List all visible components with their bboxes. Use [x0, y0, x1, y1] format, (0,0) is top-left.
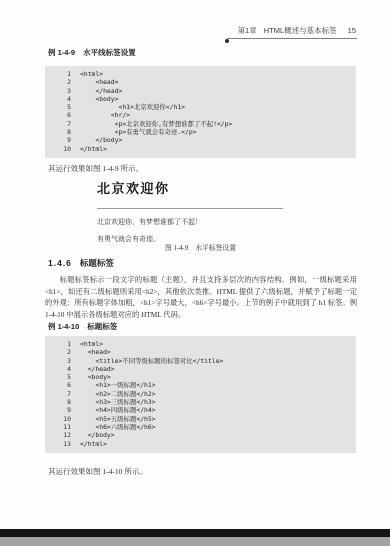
line-number: 3	[55, 87, 71, 95]
code-line: 1<html>	[55, 340, 350, 348]
chapter-label: 第1章	[238, 26, 257, 35]
code-text: <p>有勇气就会有奇迹.</p>	[80, 128, 197, 136]
code-listing-1: 1<html>2 <head>3 </head>4 <body>5 <h1>北京…	[45, 66, 356, 158]
example-2-label: 例 1-4-10	[48, 322, 79, 331]
code-text: <head>	[80, 348, 111, 356]
rendered-output-demo: 北京欢迎你 北京欢迎你，有梦想谁都了不起！ 有勇气就会有奇迹。	[97, 178, 283, 244]
code-text: <h4>四级标题</h4>	[80, 406, 156, 414]
code-line: 3 </head>	[55, 87, 350, 95]
figure-caption-1-label: 图 1-4-9	[165, 245, 188, 252]
code-text: </head>	[80, 365, 115, 373]
line-number: 4	[55, 95, 71, 103]
code-text: </head>	[80, 87, 122, 95]
header-dot-icon	[225, 39, 229, 43]
code-line: 13</html>	[55, 440, 350, 448]
run-effect-text-1: 其运行效果如图 1-4-9 所示。	[48, 163, 143, 174]
code-text: </html>	[80, 145, 107, 153]
page-header: 第1章HTML概述与基本标签15	[238, 25, 356, 36]
line-number: 12	[55, 431, 71, 439]
code-text: <p>北京欢迎你,有梦想谁都了不起!</p>	[80, 120, 232, 128]
code-line: 12 </body>	[55, 431, 350, 439]
figure-caption-1: 图 1-4-9水平标签设置	[45, 242, 356, 252]
figure-caption-1-text: 水平标签设置	[195, 245, 236, 252]
scan-edge-gray-bar	[0, 537, 390, 546]
line-number: 2	[55, 78, 71, 86]
line-number: 13	[55, 440, 71, 448]
demo-paragraph-1: 北京欢迎你，有梦想谁都了不起！	[97, 217, 283, 227]
code-text: </body>	[80, 136, 122, 144]
code-listing-2: 1<html>2 <head>3 <title>不同等级标题的标签对比</tit…	[45, 336, 356, 453]
line-number: 7	[55, 390, 71, 398]
code-line: 9 <h4>四级标题</h4>	[55, 406, 350, 414]
example-2-title: 标题标签	[87, 322, 117, 331]
line-number: 1	[55, 70, 71, 78]
example-2-heading: 例 1-4-10标题标签	[48, 321, 117, 332]
code-line: 4 <body>	[55, 95, 350, 103]
code-line: 7 <p>北京欢迎你,有梦想谁都了不起!</p>	[55, 120, 350, 128]
code-text: <h5>五级标题</h5>	[80, 415, 156, 423]
code-line: 3 <title>不同等级标题的标签对比</title>	[55, 357, 350, 365]
code-text: <h6>六级标题</h6>	[80, 423, 156, 431]
code-line: 6 <hr/>	[55, 111, 350, 119]
page-number: 15	[348, 26, 356, 35]
line-number: 10	[55, 145, 71, 153]
code-line: 2 <head>	[55, 348, 350, 356]
code-text: <h2>二级标题</h2>	[80, 390, 156, 398]
section-heading: 1.4.6标题标签	[48, 257, 114, 269]
chapter-title: HTML概述与基本标签	[264, 26, 337, 35]
code-text: </html>	[80, 440, 107, 448]
line-number: 11	[55, 423, 71, 431]
section-number: 1.4.6	[48, 258, 72, 268]
line-number: 5	[55, 103, 71, 111]
code-line: 10</html>	[55, 145, 350, 153]
line-number: 8	[55, 128, 71, 136]
line-number: 4	[55, 365, 71, 373]
line-number: 5	[55, 373, 71, 381]
code-line: 11 <h6>六级标题</h6>	[55, 423, 350, 431]
line-number: 2	[55, 348, 71, 356]
code-line: 10 <h5>五级标题</h5>	[55, 415, 350, 423]
code-text: <html>	[80, 70, 103, 78]
scanned-book-page: { "header": { "chapter": "第1章", "title":…	[0, 0, 390, 546]
code-text: <body>	[80, 373, 111, 381]
code-text: <title>不同等级标题的标签对比</title>	[80, 357, 223, 365]
code-line: 4 </head>	[55, 365, 350, 373]
line-number: 3	[55, 357, 71, 365]
code-text: <body>	[80, 95, 118, 103]
book-page: 第1章HTML概述与基本标签15 例 1-4-9水平线标签设置 1<html>2…	[0, 0, 390, 546]
header-rule	[227, 38, 357, 39]
example-1-heading: 例 1-4-9水平线标签设置	[48, 47, 136, 58]
run-effect-text-2: 其运行效果如图 1-4-10 所示。	[48, 466, 147, 477]
code-text: <h1>一级标题</h1>	[80, 381, 156, 389]
scan-edge-black-bar	[0, 529, 390, 537]
code-line: 9 </body>	[55, 136, 350, 144]
line-number: 6	[55, 381, 71, 389]
example-1-label: 例 1-4-9	[48, 48, 75, 57]
code-line: 2 <head>	[55, 78, 350, 86]
line-number: 8	[55, 398, 71, 406]
code-text: <hr/>	[80, 111, 130, 119]
code-text: <head>	[80, 78, 118, 86]
section-title: 标题标签	[80, 258, 114, 268]
code-line: 1<html>	[55, 70, 350, 78]
code-line: 5 <h1>北京欢迎你</h1>	[55, 103, 350, 111]
line-number: 7	[55, 120, 71, 128]
code-text: <h1>北京欢迎你</h1>	[80, 103, 185, 111]
line-number: 6	[55, 111, 71, 119]
line-number: 1	[55, 340, 71, 348]
code-line: 7 <h2>二级标题</h2>	[55, 390, 350, 398]
line-number: 9	[55, 406, 71, 414]
demo-h1-heading: 北京欢迎你	[97, 178, 283, 197]
section-body-paragraph: 标题标签标示一段文字的标题（主题），并且支持多层次的内容结构。例如，一级标题采用…	[45, 274, 357, 320]
code-line: 8 <p>有勇气就会有奇迹.</p>	[55, 128, 350, 136]
code-line: 6 <h1>一级标题</h1>	[55, 381, 350, 389]
example-1-title: 水平线标签设置	[83, 48, 136, 57]
demo-horizontal-rule	[97, 208, 283, 209]
code-text: <html>	[80, 340, 103, 348]
code-text: </body>	[80, 431, 115, 439]
line-number: 10	[55, 415, 71, 423]
line-number: 9	[55, 136, 71, 144]
code-text: <h3>三级标题</h3>	[80, 398, 156, 406]
